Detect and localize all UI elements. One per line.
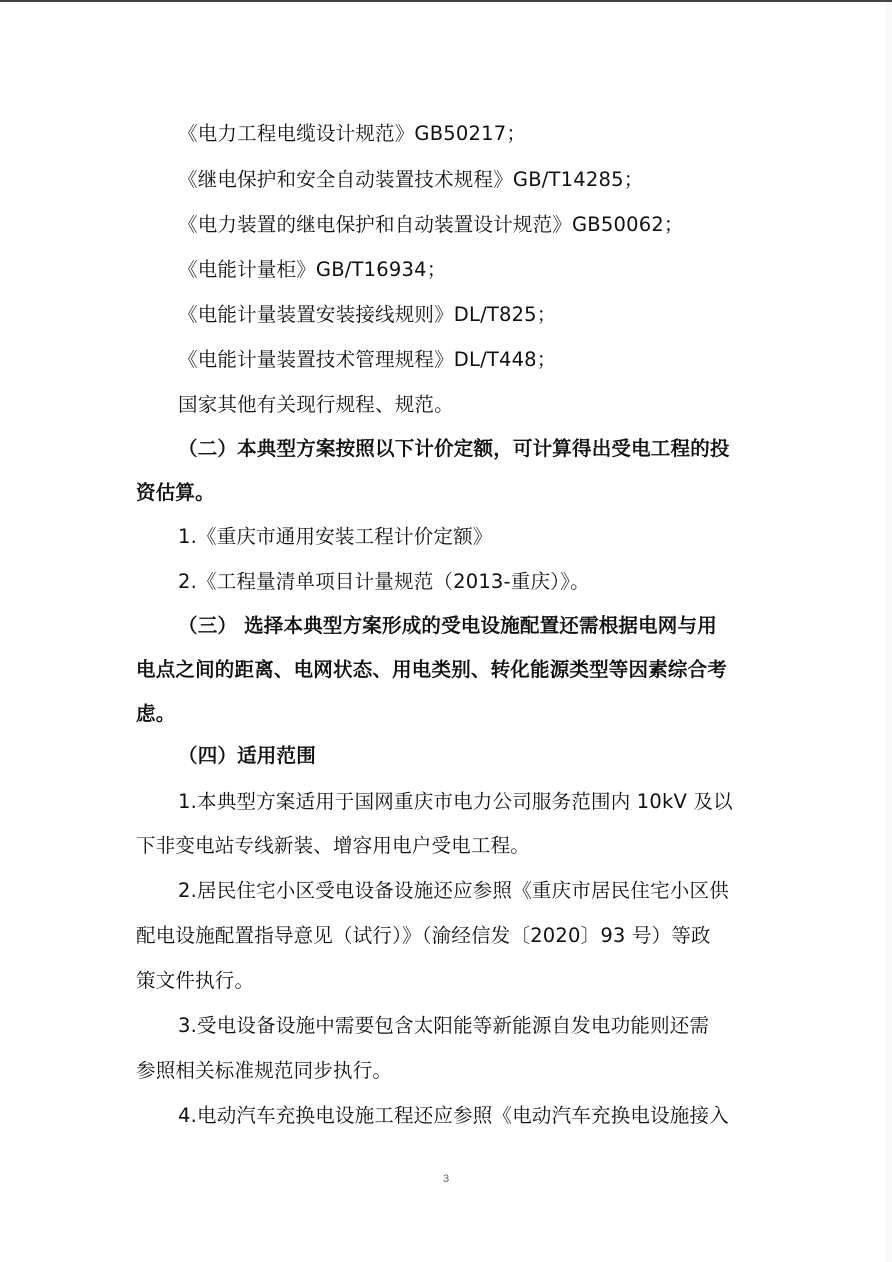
page-right-edge bbox=[886, 2, 892, 1262]
scope-item-2: 2.居民住宅小区受电设备设施还应参照《重庆市居民住宅小区供 bbox=[178, 879, 818, 903]
section-2-heading-cont: 资估算。 bbox=[136, 481, 776, 505]
reference-item: 《电能计量装置技术管理规程》DL/T448； bbox=[178, 348, 818, 372]
reference-item: 《电力装置的继电保护和自动装置设计规范》GB50062； bbox=[178, 213, 818, 237]
scope-item-4: 4.电动汽车充换电设施工程还应参照《电动汽车充换电设施接入 bbox=[178, 1104, 818, 1128]
section-4-heading: （四）适用范围 bbox=[178, 744, 818, 768]
section-3-text: 虑。 bbox=[136, 702, 776, 726]
section-2-heading: （二）本典型方案按照以下计价定额，可计算得出受电工程的投 bbox=[178, 437, 818, 461]
reference-item: 国家其他有关现行规程、规范。 bbox=[178, 393, 818, 417]
section-3-heading: （三） 选择本典型方案形成的受电设施配置还需根据电网与用 bbox=[178, 614, 818, 638]
scope-item-2-cont: 配电设施配置指导意见（试行）》（渝经信发〔2020〕93 号）等政 bbox=[136, 924, 776, 948]
reference-item: 《电能计量柜》GB/T16934； bbox=[178, 258, 818, 282]
scope-item-1: 1.本典型方案适用于国网重庆市电力公司服务范围内 10kV 及以 bbox=[178, 790, 818, 814]
page-top-border bbox=[0, 0, 892, 2]
scope-item-2-cont: 策文件执行。 bbox=[136, 969, 776, 993]
page-number: 3 bbox=[0, 1173, 892, 1185]
scope-item-3-cont: 参照相关标准规范同步执行。 bbox=[136, 1059, 776, 1083]
reference-item: 《电力工程电缆设计规范》GB50217； bbox=[178, 122, 818, 146]
pricing-item: 1.《重庆市通用安装工程计价定额》 bbox=[178, 525, 818, 549]
scope-item-3: 3.受电设备设施中需要包含太阳能等新能源自发电功能则还需 bbox=[178, 1014, 818, 1038]
reference-item: 《电能计量装置安装接线规则》DL/T825； bbox=[178, 303, 818, 327]
section-3-text: 电点之间的距离、电网状态、用电类别、转化能源类型等因素综合考 bbox=[136, 658, 776, 682]
scope-item-1-cont: 下非变电站专线新装、增容用电户受电工程。 bbox=[136, 834, 776, 858]
reference-item: 《继电保护和安全自动装置技术规程》GB/T14285； bbox=[178, 168, 818, 192]
pricing-item: 2.《工程量清单项目计量规范（2013-重庆）》。 bbox=[178, 570, 818, 594]
